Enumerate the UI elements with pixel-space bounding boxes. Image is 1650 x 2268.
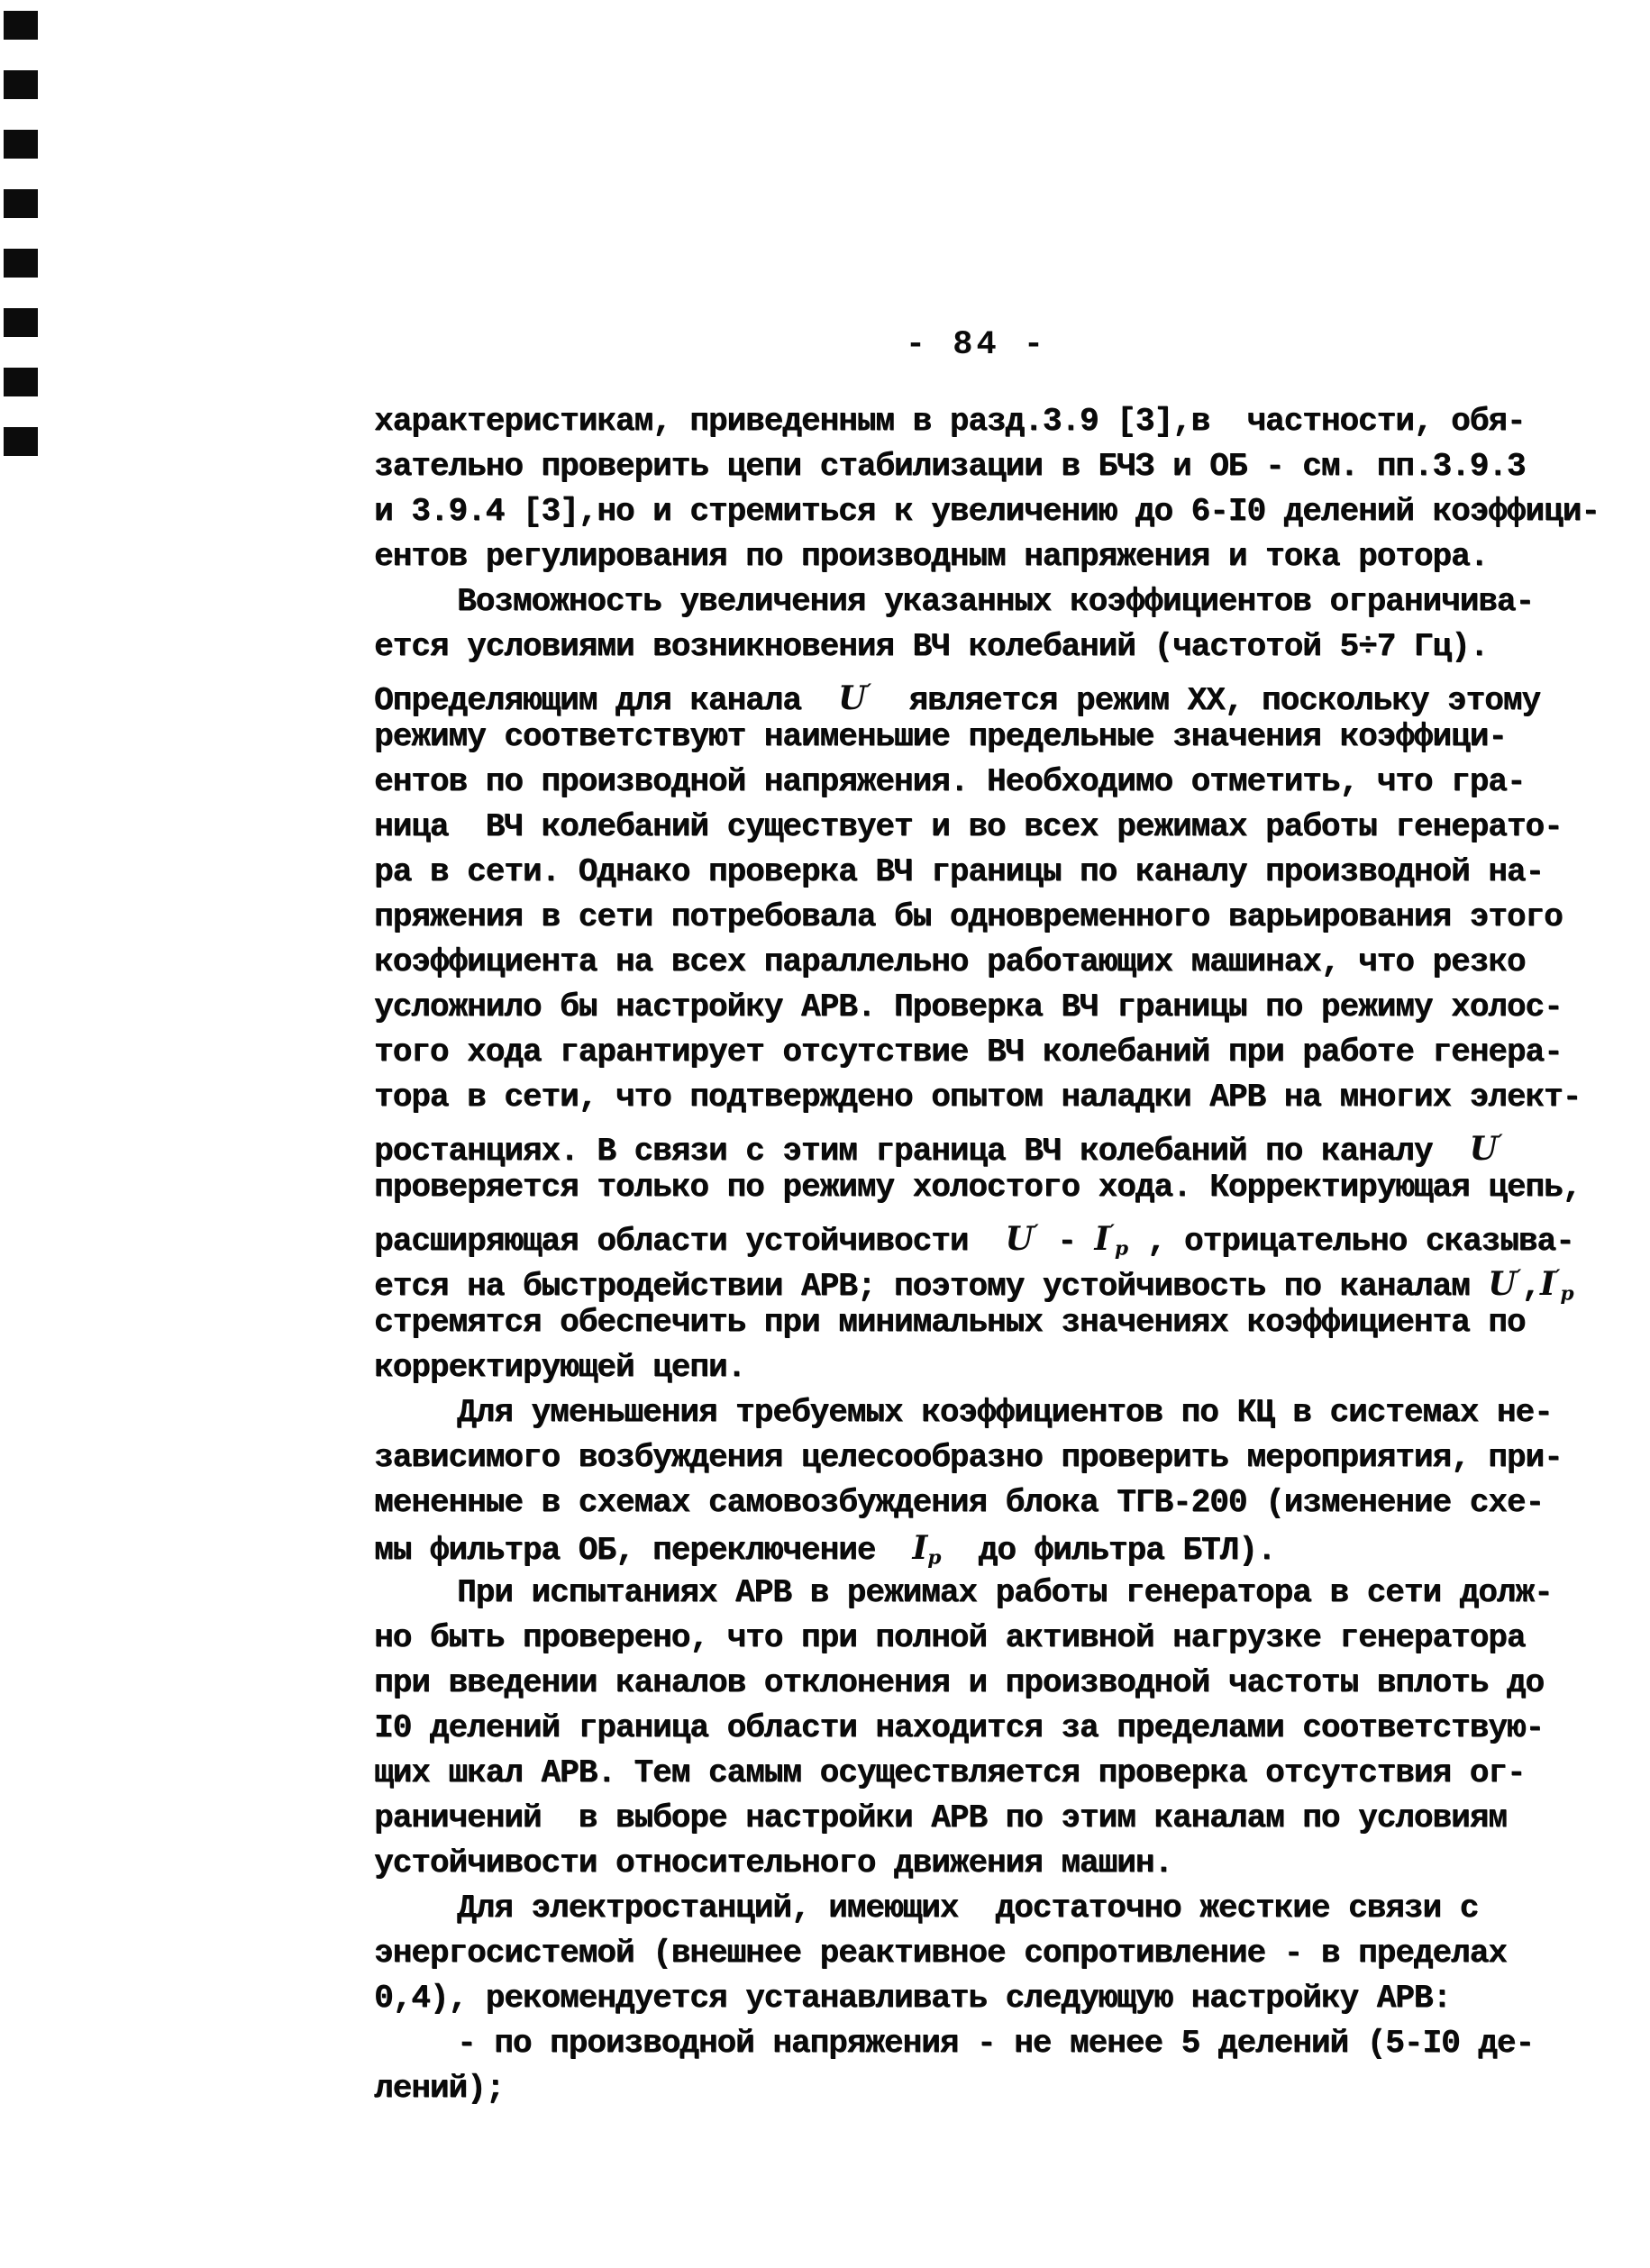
text-run: I0 делений граница области находится за … xyxy=(374,1709,1544,1746)
text-line: - по производной напряжения - не менее 5… xyxy=(374,2021,1636,2066)
text-run: корректирующей цепи. xyxy=(374,1349,745,1386)
text-line: Для электростанций, имеющих достаточно ж… xyxy=(374,1886,1636,1931)
text-run: раничений в выборе настройки АРВ по этим… xyxy=(374,1799,1507,1836)
text-block: характеристикам, приведенным в разд.3.9 … xyxy=(374,399,1636,2111)
text-run: Возможность увеличения указанных коэффиц… xyxy=(457,583,1534,620)
edge-mark xyxy=(4,427,38,456)
text-line: 0,4), рекомендуется устанавливать следую… xyxy=(374,1976,1636,2021)
text-run: ется на быстродействии АРВ; поэтому усто… xyxy=(374,1268,1488,1305)
text-line: ра в сети. Однако проверка ВЧ границы по… xyxy=(374,850,1636,895)
text-line: режиму соответствуют наименьшие предельн… xyxy=(374,715,1636,760)
text-line: стремятся обеспечить при минимальных зна… xyxy=(374,1300,1636,1345)
text-run: , xyxy=(1521,1268,1540,1305)
text-run: При испытаниях АРВ в режимах работы гене… xyxy=(457,1574,1553,1611)
text-run: ется условиями возникновения ВЧ колебани… xyxy=(374,628,1488,665)
text-line: того хода гарантирует отсутствие ВЧ коле… xyxy=(374,1030,1636,1075)
text-run: ра в сети. Однако проверка ВЧ границы по… xyxy=(374,853,1544,890)
text-line: проверяется только по режиму холостого х… xyxy=(374,1165,1636,1210)
math-symbol: U xyxy=(1470,1130,1498,1168)
text-run: стремятся обеспечить при минимальных зна… xyxy=(374,1304,1525,1341)
text-line: ентов по производной напряжения. Необход… xyxy=(374,760,1636,805)
text-run: является режим ХХ, поскольку этому xyxy=(871,682,1540,719)
text-run: щих шкал АРВ. Тем самым осуществляется п… xyxy=(374,1754,1525,1791)
text-line: щих шкал АРВ. Тем самым осуществляется п… xyxy=(374,1751,1636,1796)
math-symbol: I xyxy=(1094,1220,1109,1258)
text-run: ентов регулирования по производным напря… xyxy=(374,538,1488,575)
text-line: мы фильтра ОБ, переключение Iр до фильтр… xyxy=(374,1526,1636,1571)
text-run: 0,4), рекомендуется устанавливать следую… xyxy=(374,1980,1451,2017)
text-run: того хода гарантирует отсутствие ВЧ коле… xyxy=(374,1034,1563,1070)
text-run: расширяющая области устойчивости xyxy=(374,1223,1006,1260)
edge-mark xyxy=(4,368,38,396)
edge-mark xyxy=(4,11,38,40)
text-line: пряжения в сети потребовала бы одновреме… xyxy=(374,895,1636,940)
page-number: - 84 - xyxy=(374,326,1579,364)
text-run: ростанциях. В связи с этим граница ВЧ ко… xyxy=(374,1133,1470,1170)
edge-mark xyxy=(4,70,38,99)
text-line: усложнило бы настройку АРВ. Проверка ВЧ … xyxy=(374,985,1636,1030)
text-line: энергосистемой (внешнее реактивное сопро… xyxy=(374,1931,1636,1976)
math-symbol: ′ xyxy=(1498,1131,1503,1153)
text-line: I0 делений граница области находится за … xyxy=(374,1706,1636,1751)
text-run: ентов по производной напряжения. Необход… xyxy=(374,763,1525,800)
edge-mark xyxy=(4,308,38,337)
math-symbol: I xyxy=(913,1529,928,1567)
text-run: но быть проверено, что при полной активн… xyxy=(374,1619,1525,1656)
text-run: ница ВЧ колебаний существует и во всех р… xyxy=(374,808,1563,845)
text-run: режиму соответствуют наименьшие предельн… xyxy=(374,718,1507,755)
math-symbol: U xyxy=(1488,1265,1516,1303)
text-line: характеристикам, приведенным в разд.3.9 … xyxy=(374,399,1636,444)
text-run: , отрицательно сказыва- xyxy=(1128,1223,1573,1260)
text-run: проверяется только по режиму холостого х… xyxy=(374,1169,1581,1206)
text-line: и 3.9.4 [3],но и стремиться к увеличению… xyxy=(374,489,1636,534)
edge-mark xyxy=(4,249,38,278)
math-symbol: I xyxy=(1540,1265,1555,1303)
text-run: - xyxy=(1039,1223,1095,1260)
text-run: характеристикам, приведенным в разд.3.9 … xyxy=(374,403,1525,440)
document-page: - 84 - характеристикам, приведенным в ра… xyxy=(0,0,1650,2268)
text-line: ется условиями возникновения ВЧ колебани… xyxy=(374,624,1636,669)
text-run: устойчивости относительного движения маш… xyxy=(374,1844,1172,1881)
text-run: энергосистемой (внешнее реактивное сопро… xyxy=(374,1935,1507,1972)
text-line: корректирующей цепи. xyxy=(374,1345,1636,1390)
text-line: расширяющая области устойчивости U′ - I′… xyxy=(374,1210,1636,1255)
text-line: при введении каналов отклонения и произв… xyxy=(374,1661,1636,1706)
text-run: зависимого возбуждения целесообразно про… xyxy=(374,1439,1563,1476)
text-line: лений); xyxy=(374,2066,1636,2111)
text-line: устойчивости относительного движения маш… xyxy=(374,1841,1636,1886)
edge-mark xyxy=(4,189,38,218)
text-line: мененные в схемах самовозбуждения блока … xyxy=(374,1480,1636,1526)
text-line: зательно проверить цепи стабилизации в Б… xyxy=(374,444,1636,489)
text-line: зависимого возбуждения целесообразно про… xyxy=(374,1435,1636,1480)
text-line: раничений в выборе настройки АРВ по этим… xyxy=(374,1796,1636,1841)
text-line: Для уменьшения требуемых коэффициентов п… xyxy=(374,1390,1636,1435)
text-run: - по производной напряжения - не менее 5… xyxy=(457,2025,1534,2062)
text-line: ница ВЧ колебаний существует и во всех р… xyxy=(374,805,1636,850)
text-line: Определяющим для канала U′ является режи… xyxy=(374,669,1636,715)
math-symbol: р xyxy=(927,1546,941,1569)
text-line: тора в сети, что подтверждено опытом нал… xyxy=(374,1075,1636,1120)
text-run: тора в сети, что подтверждено опытом нал… xyxy=(374,1079,1581,1116)
text-run: зательно проверить цепи стабилизации в Б… xyxy=(374,448,1525,485)
text-run: до фильтра БТЛ). xyxy=(941,1532,1275,1569)
text-run: усложнило бы настройку АРВ. Проверка ВЧ … xyxy=(374,988,1563,1025)
text-line: Возможность увеличения указанных коэффиц… xyxy=(374,579,1636,624)
text-run: мы фильтра ОБ, переключение xyxy=(374,1532,913,1569)
text-run: коэффициента на всех параллельно работаю… xyxy=(374,943,1525,980)
edge-marks xyxy=(0,0,54,505)
math-symbol: U xyxy=(1006,1220,1034,1258)
text-run: лений); xyxy=(374,2070,504,2107)
text-line: ростанциях. В связи с этим граница ВЧ ко… xyxy=(374,1120,1636,1165)
text-line: но быть проверено, что при полной активн… xyxy=(374,1616,1636,1661)
text-run: пряжения в сети потребовала бы одновреме… xyxy=(374,898,1563,935)
text-line: При испытаниях АРВ в режимах работы гене… xyxy=(374,1571,1636,1616)
text-run: мененные в схемах самовозбуждения блока … xyxy=(374,1484,1544,1521)
text-run: Определяющим для канала xyxy=(374,682,838,719)
text-run: Для электростанций, имеющих достаточно ж… xyxy=(457,1890,1478,1926)
math-symbol: р xyxy=(1560,1282,1573,1305)
text-line: коэффициента на всех параллельно работаю… xyxy=(374,940,1636,985)
math-symbol: U xyxy=(838,679,866,717)
text-run: при введении каналов отклонения и произв… xyxy=(374,1664,1544,1701)
text-line: ентов регулирования по производным напря… xyxy=(374,534,1636,579)
text-run: и 3.9.4 [3],но и стремиться к увеличению… xyxy=(374,493,1600,530)
edge-mark xyxy=(4,130,38,159)
text-line: ется на быстродействии АРВ; поэтому усто… xyxy=(374,1255,1636,1300)
text-run: Для уменьшения требуемых коэффициентов п… xyxy=(457,1394,1553,1431)
